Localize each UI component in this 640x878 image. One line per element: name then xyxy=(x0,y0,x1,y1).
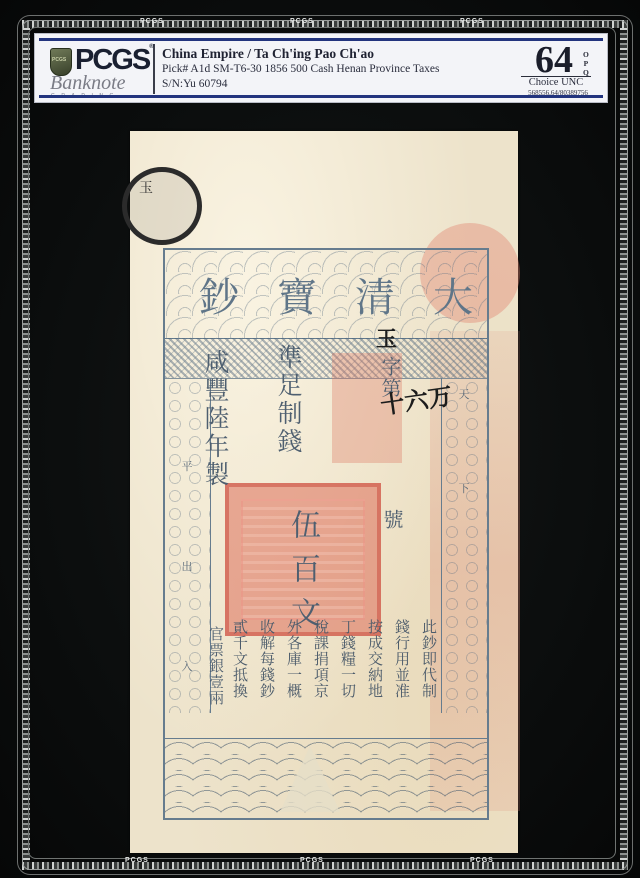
series-character: 玉 xyxy=(376,323,397,353)
grade-description: Choice UNC xyxy=(521,76,591,89)
banknote: 鈔 寶 清 大 平 出 入 天 下 玉 咸豐陸年製 準足制錢 伍百文 玉 字第 … xyxy=(130,131,518,853)
grading-caption: GRADING xyxy=(51,93,120,99)
shield-text: PCGS xyxy=(52,57,66,63)
side-char: 下 xyxy=(454,480,474,496)
serial-number: S/N:Yu 60794 xyxy=(162,77,502,92)
grading-label: PCGS PCGS® Banknote GRADING China Empire… xyxy=(34,33,608,103)
title-char: 清 xyxy=(345,268,405,328)
title-char: 寶 xyxy=(267,268,327,328)
title-band: 鈔 寶 清 大 xyxy=(165,250,487,339)
text-column: 丁錢糧一切 xyxy=(338,619,359,737)
border-text-top: PCGS xyxy=(140,18,164,25)
opq-designation: O P Q xyxy=(583,50,589,77)
pcgs-logo: PCGS PCGS® Banknote GRADING xyxy=(39,44,155,94)
side-char: 出 xyxy=(177,558,197,574)
official-text: 官票銀壹兩 xyxy=(206,626,227,706)
mountain-motif xyxy=(280,746,340,812)
side-char: 平 xyxy=(177,458,197,474)
title-char: 大 xyxy=(423,268,483,328)
serial-suffix: 號 xyxy=(378,509,407,529)
title-char: 鈔 xyxy=(189,268,249,328)
text-column: 稅課捐項京 xyxy=(311,619,332,737)
border-text-bottom: PCGS xyxy=(470,857,494,864)
banknote-script: Banknote xyxy=(50,72,126,95)
catalog-details: Pick# A1d SM-T6-30 1856 500 Cash Henan P… xyxy=(162,62,502,77)
redemption-text: 此鈔即代制 錢行用並准 按成交納地 丁錢糧一切 稅課捐項京 外各庫一概 收解每錢… xyxy=(230,619,440,737)
text-column: 貳千文抵換 xyxy=(230,619,251,737)
border-text-top: PCGS xyxy=(290,18,314,25)
opq-letter: O xyxy=(583,50,589,59)
text-column: 此鈔即代制 xyxy=(419,619,440,737)
side-char: 天 xyxy=(454,386,474,402)
slab-holder: PCGS PCGS PCGS PCGS PCGS PCGS PCGS PCGS®… xyxy=(0,0,640,878)
note-description: China Empire / Ta Ch'ing Pao Ch'ao Pick#… xyxy=(162,45,502,92)
border-text-bottom: PCGS xyxy=(300,857,324,864)
note-title: China Empire / Ta Ch'ing Pao Ch'ao xyxy=(162,45,502,62)
declaration-text: 準足制錢 xyxy=(270,344,306,456)
cert-number: 568556.64/80389756 xyxy=(513,89,603,97)
registered-mark: ® xyxy=(149,44,151,50)
right-side-band: 天 下 xyxy=(441,378,487,713)
text-column: 外各庫一概 xyxy=(284,619,305,737)
text-column: 收解每錢鈔 xyxy=(257,619,278,737)
border-text-top: PCGS xyxy=(460,18,484,25)
side-char: 入 xyxy=(177,658,197,674)
grade-number: 64 xyxy=(535,40,573,80)
black-seal-text: 玉 xyxy=(137,180,153,194)
black-round-seal: 玉 xyxy=(122,167,202,245)
year-text: 咸豐陸年製 xyxy=(197,349,233,489)
opq-letter: P xyxy=(583,59,589,68)
text-column: 按成交納地 xyxy=(365,619,386,737)
border-text-bottom: PCGS xyxy=(125,857,149,864)
text-column: 錢行用並准 xyxy=(392,619,413,737)
